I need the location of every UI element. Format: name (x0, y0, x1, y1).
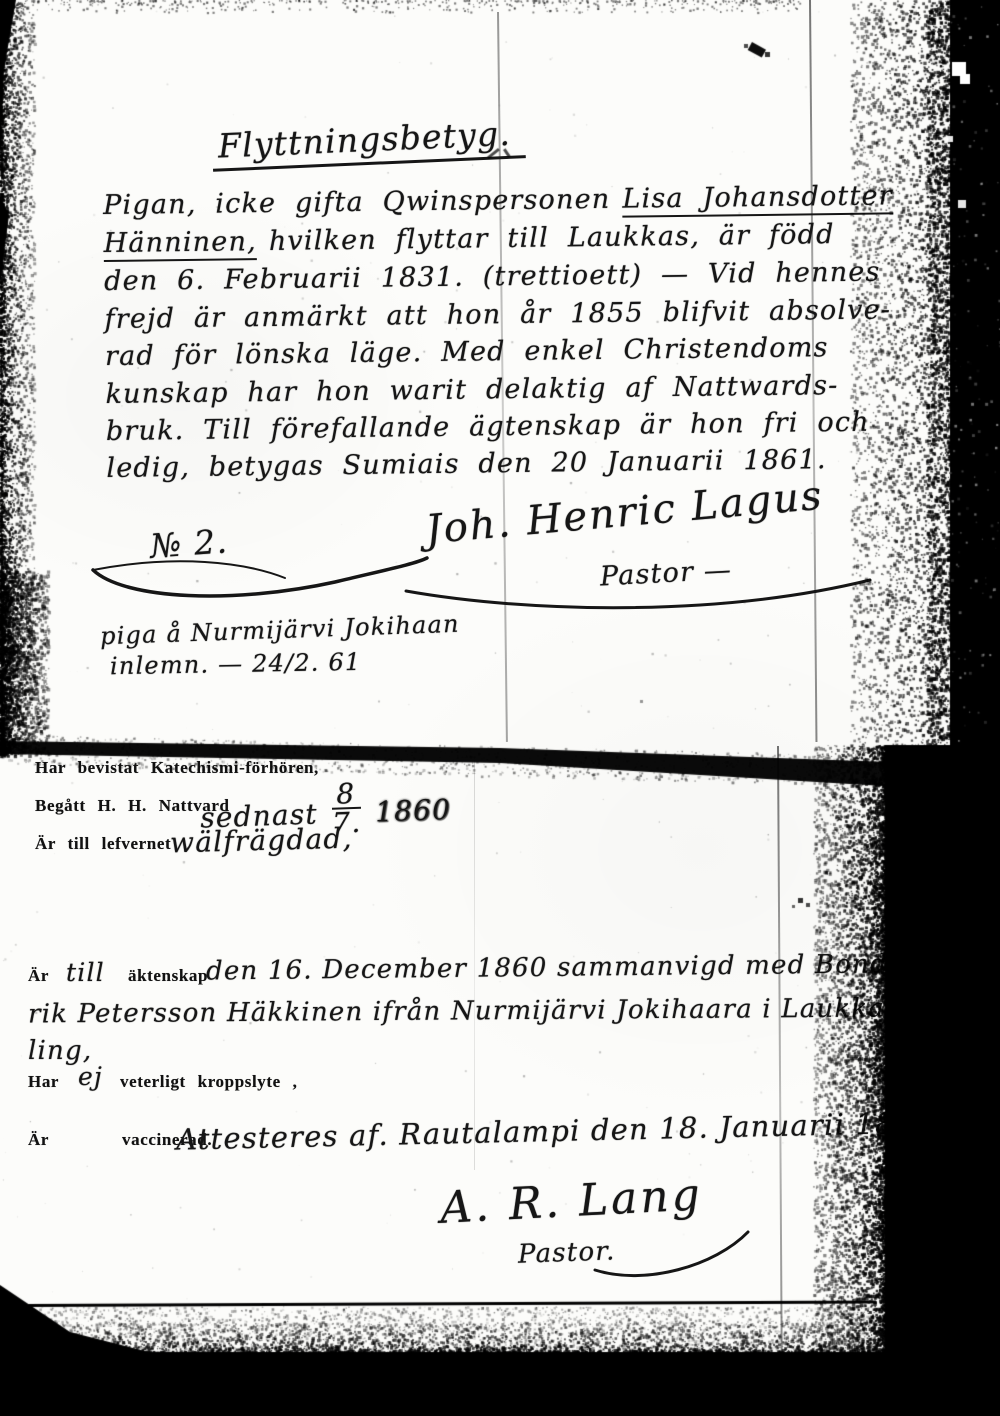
form-label-catechism: Har bevistat Katechismi-förhören, (35, 758, 319, 778)
margin-note-line-2: inlemn. — 24/2. 61 (110, 648, 362, 680)
form-entry-marriage-line-2: rik Petersson Häkkinen ifrån Nurmijärvi … (28, 993, 1000, 1030)
form-label-disability-rest: veterligt kroppslyte , (120, 1072, 298, 1092)
number-flourish (85, 552, 435, 607)
surname-underlined: Hänninen, (103, 226, 257, 262)
form-label-disability-har: Har (28, 1072, 59, 1092)
body-line-1: Pigan, icke gifta QwinspersonenLisa Joha… (103, 180, 893, 221)
form-entry-marriage-till: till (66, 958, 105, 987)
margin-note-line-1: piga å Nurmijärvi Jokihaan (100, 610, 461, 651)
scanned-document-page: Flyttningsbetyg. Pigan, icke gifta Qwins… (0, 0, 1000, 1416)
signature-swash (590, 1228, 760, 1283)
body-line-6: kunskap har hon warit delaktig af Nattwa… (105, 370, 838, 410)
body-line-7: bruk. Till förefallande ägtenskap är hon… (106, 407, 870, 447)
fold-line (777, 746, 783, 1390)
form-label-marriage-aktenskap: äktenskap (128, 966, 208, 986)
body-line-4: frejd är anmärkt att hon år 1855 blifvit… (104, 294, 891, 335)
body-line-1-text: Pigan, icke gifta Qwinspersonen (103, 184, 611, 221)
form-label-marriage-ar: Är (28, 966, 49, 986)
certificate-title: Flyttningsbetyg. (211, 113, 526, 172)
body-line-2: Hänninen,hvilken flyttar till Laukkas, ä… (103, 219, 834, 259)
body-line-3: den 6. Februarii 1831. (trettioett) — Vi… (104, 257, 881, 297)
body-line-5: rad för lönska läge. Med enkel Christend… (105, 332, 829, 372)
form-label-vaccination-ar: Är (28, 1130, 49, 1150)
form-entry-disability-ej: ej (78, 1062, 103, 1091)
pastor-signature: Joh. Henric Lagus (424, 473, 825, 554)
communion-entry-year: 1860 (375, 793, 452, 829)
form-entry-conduct: wälfrägdad, (170, 822, 353, 860)
form-entry-vaccination-attest: Attesteres af. Rautalampi den 18. Januar… (176, 1105, 935, 1156)
form-label-conduct: Är till lefvernet (35, 834, 171, 854)
body-line-2-text: hvilken flyttar till Laukkas, är född (269, 219, 835, 257)
person-name-underlined: Lisa Johansdotter (622, 180, 893, 217)
body-line-8: ledig, betygas Sumiais den 20 Januarii 1… (106, 444, 827, 484)
form-entry-marriage-line-1: den 16. December 1860 sammanvigd med Bon… (206, 947, 1000, 986)
second-pastor-signature: A. R. Lang (439, 1169, 704, 1234)
